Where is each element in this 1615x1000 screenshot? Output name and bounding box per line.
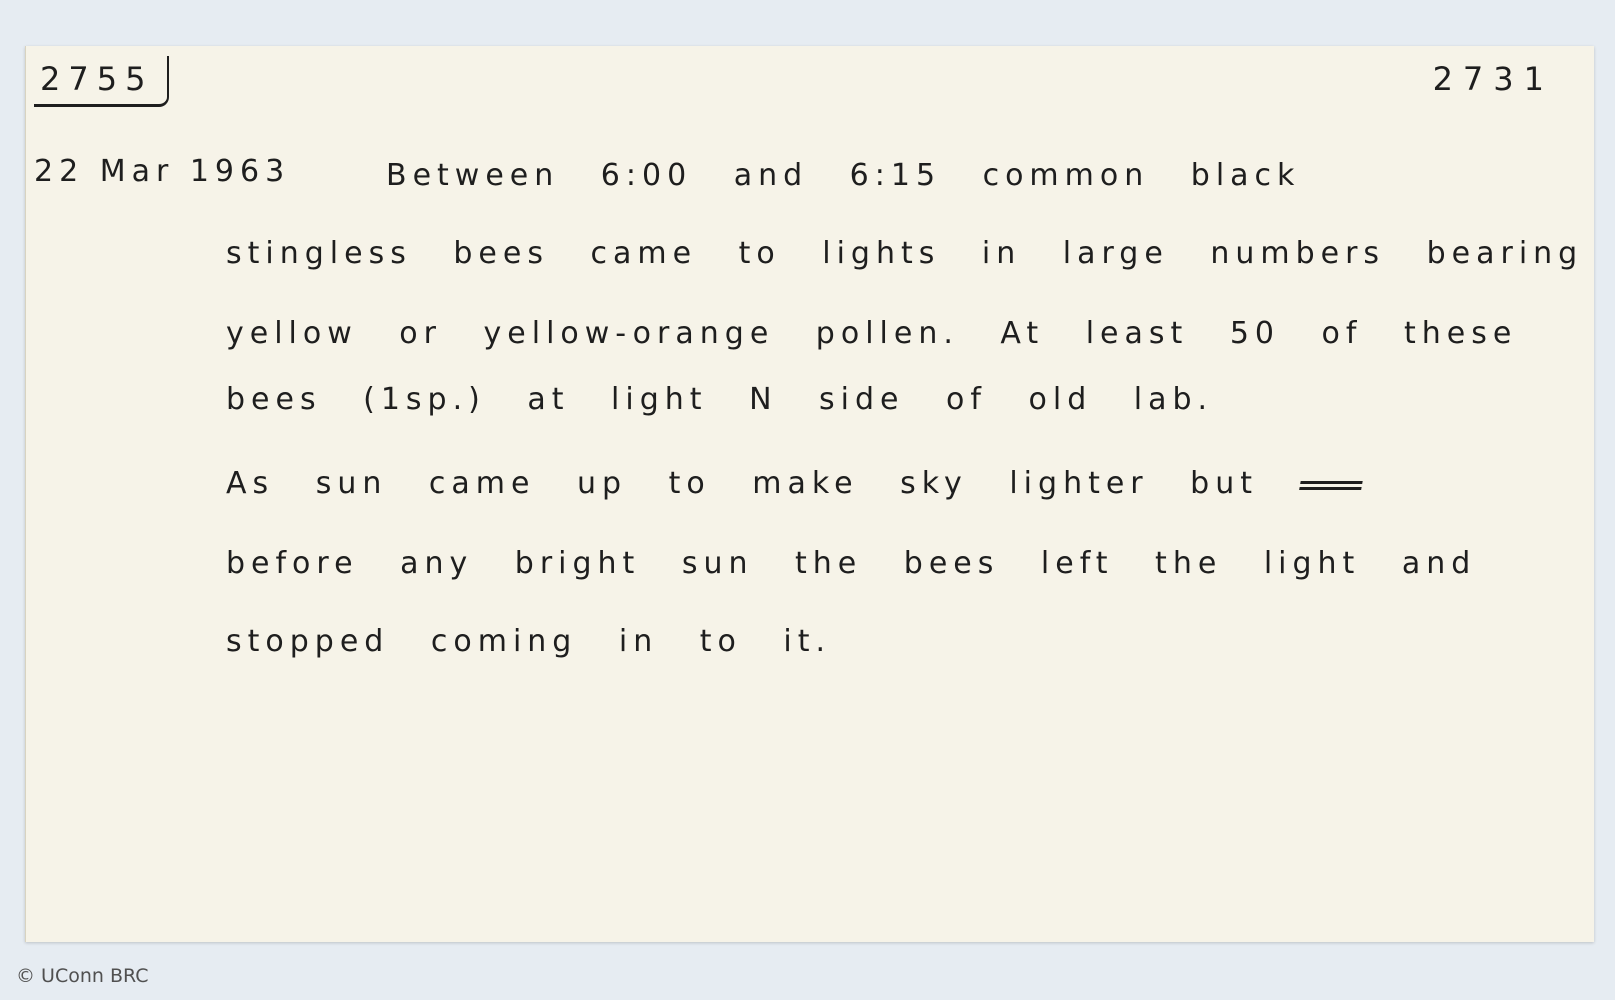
note-line-5-text: As sun came up to make sky lighter but xyxy=(226,466,1258,501)
note-line-4: bees (1sp.) at light N side of old lab. xyxy=(226,382,1213,417)
catalog-number-box: 2755 xyxy=(34,56,169,107)
strikethrough-mark xyxy=(1299,480,1363,490)
note-line-6: before any bright sun the bees left the … xyxy=(226,546,1476,581)
entry-date: 22 Mar 1963 xyxy=(34,154,290,189)
note-line-2: stingless bees came to lights in large n… xyxy=(226,236,1583,271)
copyright-notice: © UConn BRC xyxy=(16,965,149,987)
card-number: 2731 xyxy=(1433,60,1554,98)
note-line-3: yellow or yellow-orange pollen. At least… xyxy=(226,316,1517,351)
note-line-5: As sun came up to make sky lighter but xyxy=(226,466,1362,501)
note-line-1: Between 6:00 and 6:15 common black xyxy=(386,158,1300,193)
index-card: 2755 2731 22 Mar 1963 Between 6:00 and 6… xyxy=(25,46,1594,942)
note-line-7: stopped coming in to it. xyxy=(226,624,831,659)
